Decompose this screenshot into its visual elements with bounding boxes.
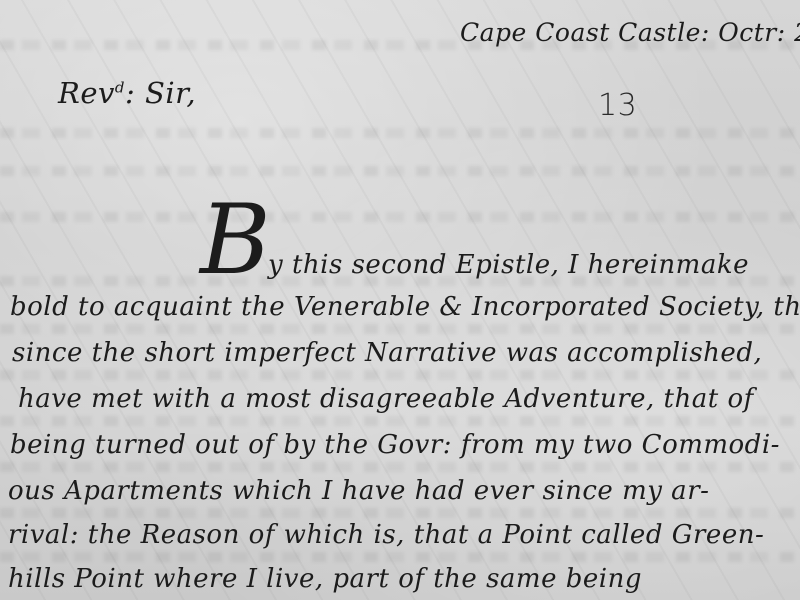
salutation-title: Rev [58,76,115,110]
bleed-through-line [0,552,800,562]
heading-day: 20 [794,18,800,47]
letter-line-2: bold to acquaint the Venerable & Incorpo… [10,294,800,320]
salutation-title-suffix: d [115,78,125,96]
bleed-through-line [0,416,800,426]
bleed-through-line [0,212,800,222]
bleed-through-line [0,166,800,176]
letter-line-8: hills Point where I live, part of the sa… [8,566,642,592]
bleed-through-line [0,324,800,334]
letter-line-5: being turned out of by the Govr: from my… [10,432,780,458]
salutation: Revd: Sir, [58,76,196,110]
salutation-address: Sir, [145,76,196,110]
bleed-through-line [0,508,800,518]
letter-line-1: y this second Epistle, I hereinmake [268,252,749,278]
heading-place: Cape Coast Castle: [460,18,710,47]
letter-heading: Cape Coast Castle: Octr: 20th:1767 [460,18,800,47]
bleed-through-line [0,370,800,380]
letter-line-4: have met with a most disagreeable Advent… [18,386,754,412]
bleed-through-line [0,128,800,138]
decorated-initial-letter: B [200,192,271,288]
letter-line-7: rival: the Reason of which is, that a Po… [8,522,764,548]
bleed-through-line [0,462,800,472]
letter-line-6: ous Apartments which I have had ever sin… [8,478,709,504]
letter-line-3: since the short imperfect Narrative was … [12,340,762,366]
folio-number: 13 [598,88,637,123]
heading-month: Octr: [718,18,785,47]
